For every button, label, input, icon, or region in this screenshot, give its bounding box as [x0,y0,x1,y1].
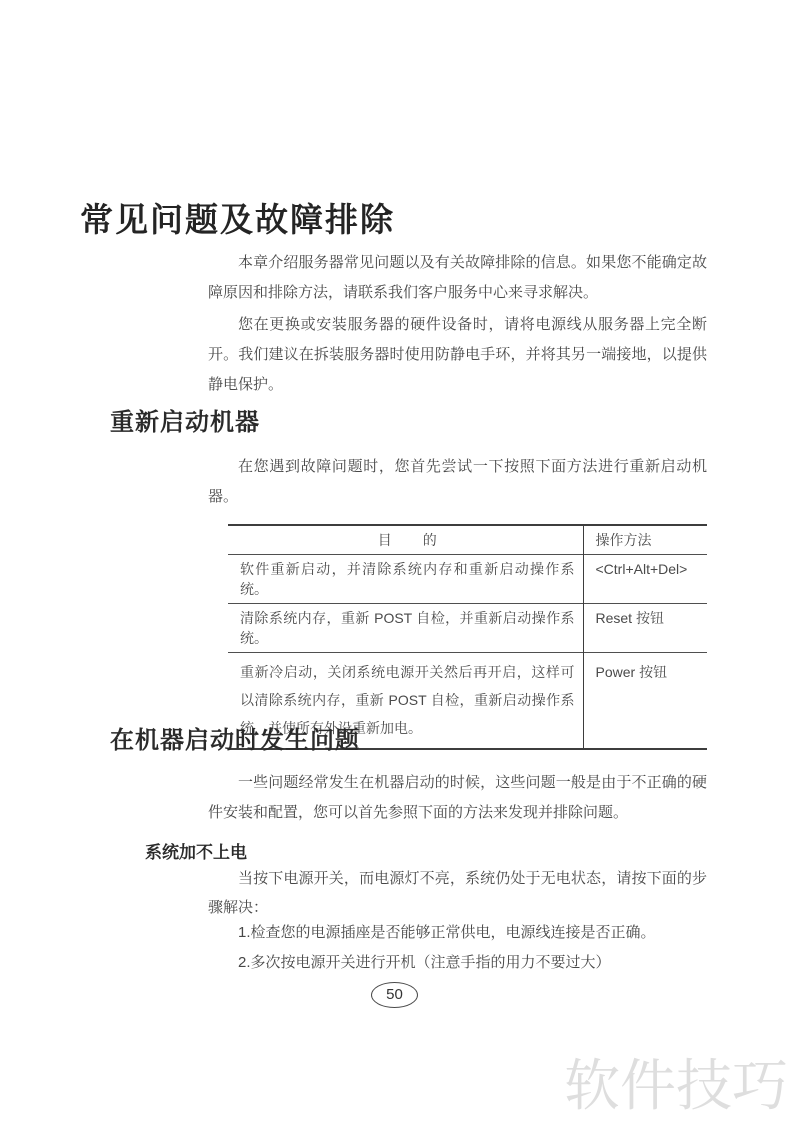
purpose-cell: 软件重新启动，并清除系统内存和重新启动操作系统。 [228,555,583,604]
method-cell: Reset 按钮 [583,604,707,653]
chapter-title: 常见问题及故障排除 [80,194,395,241]
table-header-purpose: 目 的 [228,525,583,555]
purpose-cell: 清除系统内存，重新 POST 自检，并重新启动操作系统。 [228,604,583,653]
intro-paragraph-1: 本章介绍服务器常见问题以及有关故障排除的信息。如果您不能确定故障原因和排除方法，… [208,248,707,308]
restart-methods-table: 目 的 操作方法 软件重新启动，并清除系统内存和重新启动操作系统。 <Ctrl+… [228,524,707,750]
table-header-method: 操作方法 [583,525,707,555]
table-header-row: 目 的 操作方法 [228,525,707,555]
subsection-heading-no-power: 系统加不上电 [145,838,247,863]
step-item: 1.检查您的电源插座是否能够正常供电，电源线连接是否正确。 [238,918,708,948]
section-heading-restart: 重新启动机器 [110,402,260,437]
restart-paragraph: 在您遇到故障问题时，您首先尝试一下按照下面方法进行重新启动机器。 [208,452,707,512]
watermark-text: 软件技巧 [564,1042,788,1122]
section-heading-boot-issues: 在机器启动时发生问题 [110,720,360,755]
method-cell: Power 按钮 [583,653,707,750]
document-page: 常见问题及故障排除 本章介绍服务器常见问题以及有关故障排除的信息。如果您不能确定… [0,0,800,1132]
no-power-paragraph: 当按下电源开关，而电源灯不亮，系统仍处于无电状态，请按下面的步骤解决： [208,864,707,922]
table-row: 软件重新启动，并清除系统内存和重新启动操作系统。 <Ctrl+Alt+Del> [228,555,707,604]
table-row: 清除系统内存，重新 POST 自检，并重新启动操作系统。 Reset 按钮 [228,604,707,653]
method-cell: <Ctrl+Alt+Del> [583,555,707,604]
intro-paragraph-2: 您在更换或安装服务器的硬件设备时，请将电源线从服务器上完全断开。我们建议在拆装服… [208,310,707,400]
boot-issues-paragraph: 一些问题经常发生在机器启动的时候，这些问题一般是由于不正确的硬件安装和配置，您可… [208,768,707,828]
no-power-steps: 1.检查您的电源插座是否能够正常供电，电源线连接是否正确。 2.多次按电源开关进… [238,918,708,978]
page-number-badge: 50 [371,982,418,1008]
step-item: 2.多次按电源开关进行开机（注意手指的用力不要过大） [238,948,708,978]
